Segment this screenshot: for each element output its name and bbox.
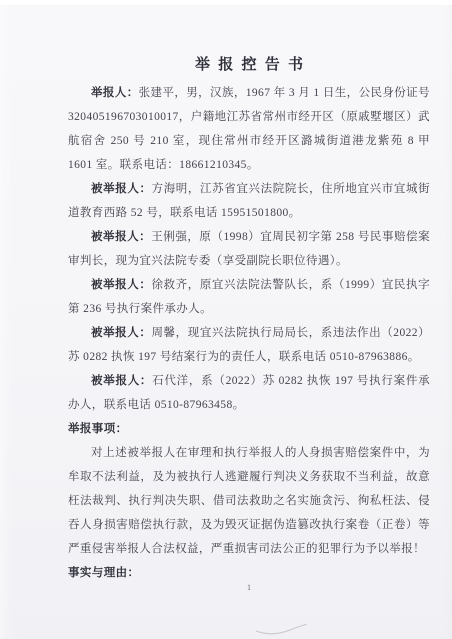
document-title: 举报控告书 [68,55,430,75]
section-heading-accusations: 举报事项： [68,417,430,441]
respondent-2-label: 被举报人： [91,231,151,243]
reporter-label: 举报人： [91,87,139,99]
respondent-paragraph-1: 被举报人：方海明，江苏省宜兴法院院长，住所地宜兴市宜城街道教育西路 52 号，联… [68,177,430,225]
reporter-text: 张建平，男，汉族，1967 年 3 月 1 日生，公民身份证号 32040519… [68,87,430,171]
section-heading-facts: 事实与理由： [68,561,430,585]
respondent-paragraph-5: 被举报人：石代洋，系（2022）苏 0282 执恢 197 号执行案件承办人，联… [68,369,430,417]
respondent-paragraph-3: 被举报人：徐救齐，原宜兴法院法警队长，系（1999）宜民执字第 236 号执行案… [68,273,430,321]
page-number: 1 [68,583,430,592]
respondent-5-label: 被举报人： [91,375,152,387]
document-page: 举报控告书 举报人：张建平，男，汉族，1967 年 3 月 1 日生，公民身份证… [0,5,452,639]
reporter-paragraph: 举报人：张建平，男，汉族，1967 年 3 月 1 日生，公民身份证号 3204… [68,81,430,177]
respondent-paragraph-2: 被举报人：王俐强，原（1998）宜周民初字第 258 号民事赔偿案审判长，现为宜… [68,225,430,273]
paragraph-block: 举报人：张建平，男，汉族，1967 年 3 月 1 日生，公民身份证号 3204… [68,81,430,585]
document-content: 举报控告书 举报人：张建平，男，汉族，1967 年 3 月 1 日生，公民身份证… [68,5,430,585]
respondent-4-label: 被举报人： [91,327,151,339]
respondent-paragraph-4: 被举报人：周馨，现宜兴法院执行局局长，系违法作出（2022）苏 0282 执恢 … [68,321,430,369]
respondent-3-label: 被举报人： [91,279,151,291]
pen-stroke-mark [250,617,310,639]
respondent-1-label: 被举报人： [91,183,152,195]
accusation-body: 对上述被举报人在审理和执行举报人的人身损害赔偿案件中，为牟取不法利益，及为被执行… [68,441,430,561]
